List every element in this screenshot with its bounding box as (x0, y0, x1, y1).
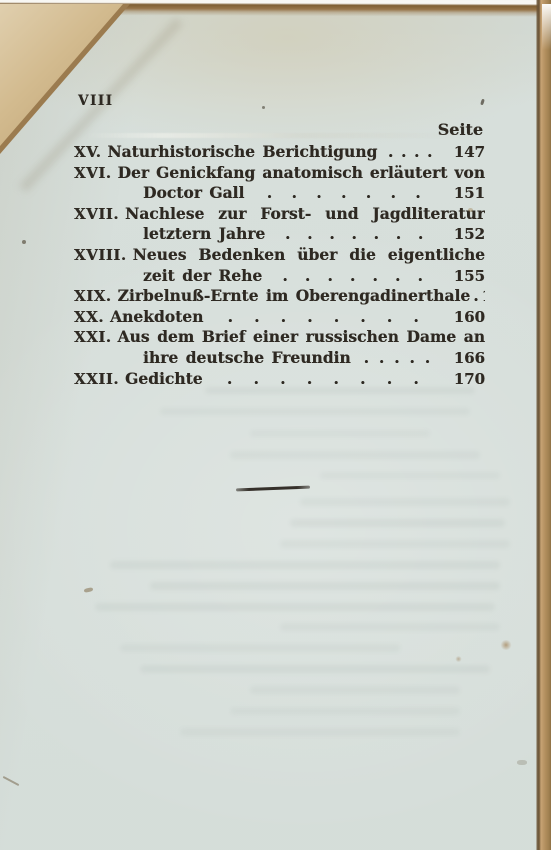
roman-numeral: XXII. (74, 370, 119, 388)
toc-row: XVII.Nachlese zur Forst- und Jagdliterat… (74, 204, 485, 225)
dot-leader: .... (377, 142, 443, 161)
roman-numeral: XVIII. (74, 246, 127, 264)
toc-row: letztern Jahre.......152 (74, 224, 485, 245)
entry-title: Gedichte (125, 369, 203, 388)
roman-numeral: XVII. (74, 205, 119, 223)
page-number: 147 (443, 143, 485, 161)
roman-numeral: XIX. (74, 287, 112, 305)
entry-title: Neues Bedenken über die eigentliche Brun… (133, 245, 485, 266)
toc-row: XVI.Der Genickfang anatomisch erläutert … (74, 163, 485, 184)
entry-title: Nachlese zur Forst- und Jagdliteratur de… (125, 204, 485, 225)
toc-row: zeit der Rehe.......155 (74, 266, 485, 287)
roman-numeral: XXI. (74, 328, 112, 346)
dot-leader: ........ (203, 369, 443, 388)
entry-title: Der Genickfang anatomisch erläutert von (118, 163, 485, 182)
fore-edge-highlight (542, 4, 551, 50)
dot-leader: ........ (203, 307, 443, 326)
entry-title: letztern Jahre (143, 224, 265, 243)
page-number: 152 (443, 225, 485, 243)
page-number: 151 (443, 184, 485, 202)
book-fore-edge (536, 0, 551, 850)
toc-row: XVIII.Neues Bedenken über die eigentlich… (74, 245, 485, 266)
toc-row: XXI.Aus dem Brief einer russischen Dame … (74, 327, 485, 348)
page-number: 157 (482, 287, 485, 305)
roman-numeral: XVI. (74, 164, 112, 182)
scanned-book-photo: { "header": { "folio": "VIII", "column_l… (0, 0, 551, 850)
toc-row: ihre deutsche Freundin.....166 (74, 348, 485, 369)
scan-crease (84, 133, 480, 138)
entry-title: Zirbelnuß-Ernte im Oberengadinerthale (118, 286, 471, 305)
page-number: 166 (443, 349, 485, 367)
entry-title: Aus dem Brief einer russischen Dame an (118, 327, 485, 346)
section-divider-rule (236, 486, 310, 492)
dot-leader: ....... (262, 266, 443, 285)
roman-numeral: XV. (74, 143, 101, 161)
dot-leader: ....... (265, 224, 443, 243)
page-number: 155 (443, 267, 485, 285)
page-number: 170 (443, 370, 485, 388)
entry-title: Naturhistorische Berichtigung (107, 142, 377, 161)
entry-title: Doctor Gall (143, 183, 244, 202)
entry-title: Anekdoten (110, 307, 203, 326)
toc-list: XV.Naturhistorische Berichtigung....147 … (74, 142, 485, 389)
book-page: VIII Seite XV.Naturhistorische Berichtig… (0, 4, 551, 850)
toc-row: Doctor Gall.......151 (74, 183, 485, 204)
toc-row: XIX.Zirbelnuß-Ernte im Oberengadinerthal… (74, 286, 485, 307)
dot-leader: . (470, 286, 481, 305)
roman-numeral: XX. (74, 308, 104, 326)
entry-title: zeit der Rehe (143, 266, 262, 285)
toc-row: XX.Anekdoten........160 (74, 307, 485, 328)
dot-leader: ..... (351, 348, 443, 367)
folio-number: VIII (78, 93, 113, 109)
entry-title: ihre deutsche Freundin (143, 348, 351, 367)
dot-leader: ....... (244, 183, 443, 202)
toc-row: XV.Naturhistorische Berichtigung....147 (74, 142, 485, 163)
page-number: 160 (443, 308, 485, 326)
